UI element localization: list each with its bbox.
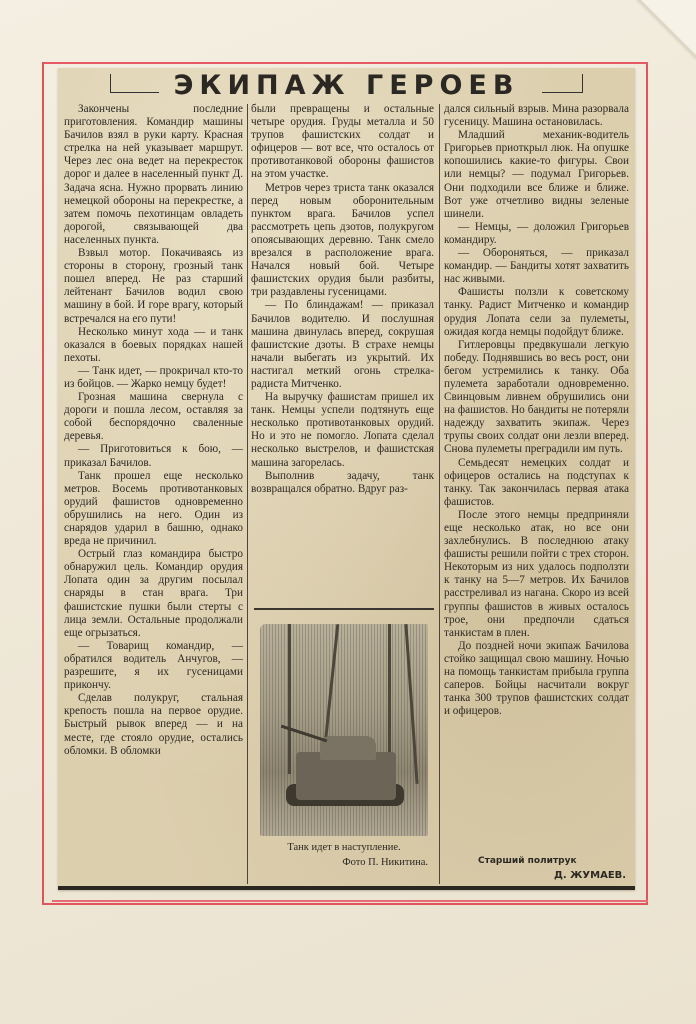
signature-rank: Старший политрук (478, 856, 577, 866)
tree (404, 624, 418, 784)
paragraph: — По блиндажам! — приказал Бачилов водит… (251, 299, 434, 391)
clipping-bottom-rule (58, 886, 635, 890)
paragraph: Закончены последние приготовления. Коман… (64, 103, 243, 247)
page-fold-corner (636, 0, 696, 60)
newspaper-clipping: ЭКИПАЖ ГЕРОЕВ Закончены последние пригот… (58, 68, 635, 890)
article-column-2: были превращены и остальные четыре оруди… (251, 103, 434, 496)
paragraph: Фашисты ползли к советскому танку. Радис… (444, 286, 629, 338)
column-divider (439, 104, 440, 884)
title-bar: ЭКИПАЖ ГЕРОЕВ (58, 70, 635, 102)
photo-block: Танк идет в наступление. Фото П. Никитин… (254, 608, 434, 868)
paragraph: До поздней ночи экипаж Бачилова стойко з… (444, 640, 629, 719)
article-title: ЭКИПАЖ ГЕРОЕВ (58, 70, 635, 101)
tree (388, 624, 391, 754)
paragraph: были превращены и остальные четыре оруди… (251, 103, 434, 182)
paragraph: Выполнив задачу, танк возвращался обратн… (251, 470, 434, 496)
paragraph: Грозная машина свернула с дороги и пошла… (64, 391, 243, 443)
paragraph: — Товарищ командир, — обратился водитель… (64, 640, 243, 692)
paragraph: Взвыл мотор. Покачиваясь из стороны в ст… (64, 247, 243, 326)
tree (324, 624, 340, 744)
paragraph: дался сильный взрыв. Мина разорвала гусе… (444, 103, 629, 129)
paragraph: — Приготовиться к бою, — приказал Бачило… (64, 443, 243, 469)
paragraph: — Обороняться, — приказал командир. — Ба… (444, 247, 629, 286)
red-bottom-line (52, 900, 648, 902)
paragraph: Метров через триста танк оказался перед … (251, 182, 434, 300)
tree (288, 624, 291, 774)
paragraph: Острый глаз командира быстро обнаружил ц… (64, 548, 243, 640)
paragraph: На выручку фашистам пришел их танк. Немц… (251, 391, 434, 470)
paragraph: Семьдесят немецких солдат и офицеров ост… (444, 457, 629, 509)
photo-credit: Фото П. Никитина. (342, 857, 428, 868)
paragraph: Танк прошел еще несколько метров. Восемь… (64, 470, 243, 549)
paragraph: — Танк идет, — прокричал кто-то из бойцо… (64, 365, 243, 391)
paragraph: — Немцы, — доложил Григорьев командиру. (444, 221, 629, 247)
photo-caption: Танк идет в наступление. (254, 842, 434, 853)
article-column-3: дался сильный взрыв. Мина разорвала гусе… (444, 103, 629, 718)
article-column-1: Закончены последние приготовления. Коман… (64, 103, 243, 758)
photo-top-rule (254, 608, 434, 610)
tank-photo (260, 624, 428, 836)
column-divider (247, 104, 248, 884)
tank-turret (320, 736, 376, 760)
signature-name: Д. ЖУМАЕВ. (554, 870, 626, 881)
paragraph: Несколько минут хода — и танк оказался в… (64, 326, 243, 365)
paragraph: Сделав полукруг, стальная крепость пошла… (64, 692, 243, 757)
paragraph: Гитлеровцы предвкушали легкую победу. По… (444, 339, 629, 457)
paragraph: Младший механик-водитель Григорьев приот… (444, 129, 629, 221)
paragraph: После этого немцы предприняли еще нескол… (444, 509, 629, 640)
